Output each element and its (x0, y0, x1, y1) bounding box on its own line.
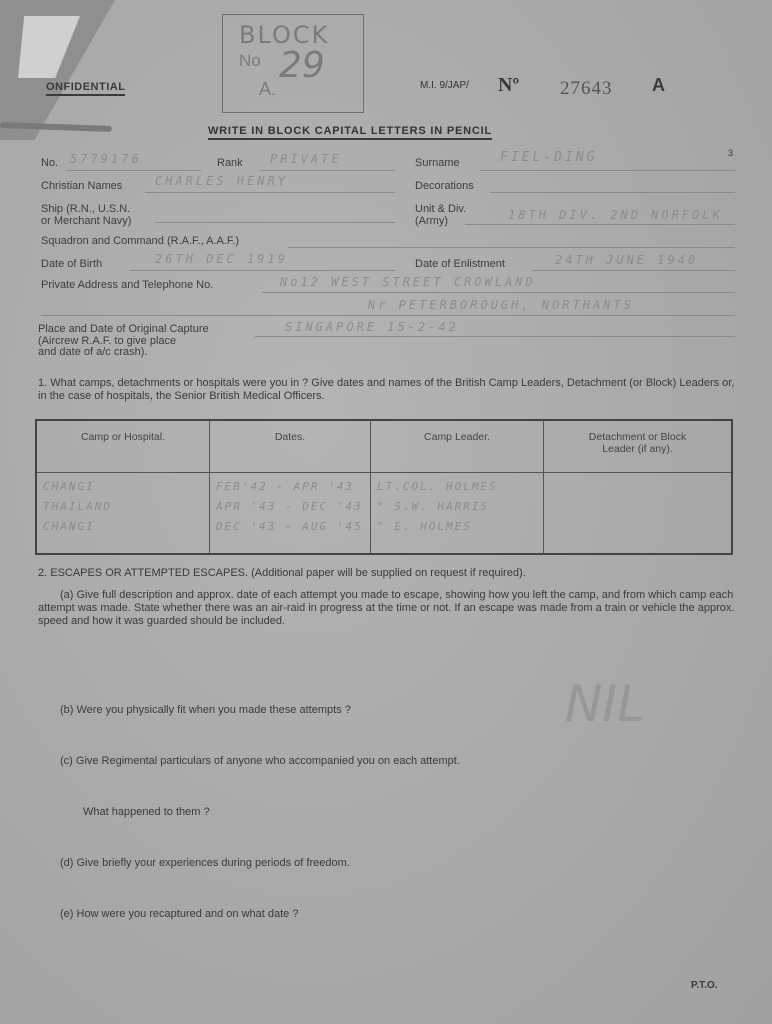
capture-label-line3: and date of a/c crash). (38, 346, 147, 358)
enlistment-label: Date of Enlistment (415, 258, 505, 270)
squadron-line (288, 247, 735, 248)
address-line-1 (262, 292, 735, 293)
enlistment-line (532, 270, 735, 271)
stamp-letter: A. (259, 79, 276, 100)
rank-value[interactable]: PRIVATE (270, 152, 342, 166)
col-leader-header: Camp Leader. (371, 420, 544, 473)
classification-label: ONFIDENTIAL (46, 81, 125, 96)
section2-c-followup: What happened to them ? (83, 806, 210, 818)
rank-label: Rank (217, 157, 243, 169)
capture-label-line2: (Aircrew R.A.F. to give place (38, 335, 176, 347)
unit-div-label-line1: Unit & Div. (415, 203, 466, 215)
ship-label-line2: or Merchant Navy) (41, 215, 131, 227)
address-label: Private Address and Telephone No. (41, 279, 213, 291)
section2-title: 2. ESCAPES OR ATTEMPTED ESCAPES. (Additi… (38, 567, 526, 579)
nil-answer[interactable]: NIL (565, 675, 645, 733)
decorations-label: Decorations (415, 180, 474, 192)
pow-questionnaire-page: BLOCK No 29 A. ONFIDENTIAL M.I. 9/JAP/ N… (0, 0, 772, 1024)
rank-line (260, 170, 395, 171)
section2-b-question: (b) Were you physically fit when you mad… (60, 704, 351, 716)
dob-label: Date of Birth (41, 258, 102, 270)
christian-names-value[interactable]: CHARLES HENRY (155, 174, 288, 188)
address-value-line2[interactable]: Nr PETERBOROUGH, NORTHANTS (368, 298, 634, 312)
no-value[interactable]: 5779176 (70, 152, 142, 166)
ship-line (155, 222, 395, 223)
stamp-number: 29 (279, 45, 325, 86)
dob-value[interactable]: 26TH DEC 1919 (155, 252, 288, 266)
unit-div-line (465, 224, 735, 225)
surname-note: 3 (728, 148, 733, 158)
section2-c-question: (c) Give Regimental particulars of anyon… (60, 755, 460, 767)
reference-prefix: M.I. 9/JAP/ (420, 80, 469, 91)
no-label: No. (41, 157, 58, 169)
squadron-label: Squadron and Command (R.A.F., A.A.F.) (41, 235, 239, 247)
ship-label: Ship (R.N., U.S.N. or Merchant Navy) (41, 203, 131, 227)
block-leader-cell[interactable] (544, 473, 733, 555)
serial-suffix: A (652, 75, 665, 96)
ship-label-line1: Ship (R.N., U.S.N. (41, 203, 130, 215)
section1-question: 1. What camps, detachments or hospitals … (38, 377, 738, 403)
serial-number: 27643 (560, 78, 613, 100)
section2-e-question: (e) How were you recaptured and on what … (60, 908, 298, 920)
camps-table: Camp or Hospital. Dates. Camp Leader. De… (35, 419, 733, 555)
leader-cell[interactable]: LT.COL. HOLMES " S.W. HARRIS " E. HOLMES (371, 473, 544, 555)
number-symbol: Nº (498, 74, 519, 97)
capture-line (255, 336, 735, 337)
enlistment-value[interactable]: 24TH JUNE 1940 (555, 253, 698, 267)
stamp-no-label: No (239, 51, 261, 71)
surname-line (480, 170, 735, 171)
unit-div-value[interactable]: 18TH DIV. 2ND NORFOLK (508, 208, 723, 222)
camp-cell[interactable]: CHANGI THAILAND CHANGI (36, 473, 210, 555)
block-stamp: BLOCK No 29 A. (222, 14, 364, 113)
unit-div-label-line2: (Army) (415, 215, 448, 227)
capture-value[interactable]: SINGAPORE 15-2-42 (285, 320, 459, 334)
no-line (66, 170, 201, 171)
section2-a-question: (a) Give full description and approx. da… (38, 589, 738, 628)
decorations-line (490, 192, 735, 193)
table-row: CHANGI THAILAND CHANGI FEB'42 - APR '43 … (36, 473, 732, 555)
surname-label: Surname (415, 157, 460, 169)
dates-cell[interactable]: FEB'42 - APR '43 APR '43 - DEC '43 DEC '… (210, 473, 371, 555)
christian-names-label: Christian Names (41, 180, 122, 192)
dob-line (130, 270, 395, 271)
surname-value[interactable]: FIEL-DING (500, 150, 597, 165)
col-camp-header: Camp or Hospital. (36, 420, 210, 473)
instruction-heading: WRITE IN BLOCK CAPITAL LETTERS IN PENCIL (208, 125, 492, 140)
section2-d-question: (d) Give briefly your experiences during… (60, 857, 350, 869)
unit-div-label: Unit & Div. (Army) (415, 203, 466, 227)
christian-names-line (145, 192, 395, 193)
capture-label: Place and Date of Original Capture (Airc… (38, 324, 209, 359)
capture-label-line1: Place and Date of Original Capture (38, 323, 209, 335)
address-value-line1[interactable]: No12 WEST STREET CROWLAND (280, 275, 536, 289)
pto-label: P.T.O. (691, 980, 718, 991)
col-block-leader-header: Detachment or Block Leader (if any). (544, 420, 733, 473)
col-dates-header: Dates. (210, 420, 371, 473)
address-line-2 (41, 315, 735, 316)
